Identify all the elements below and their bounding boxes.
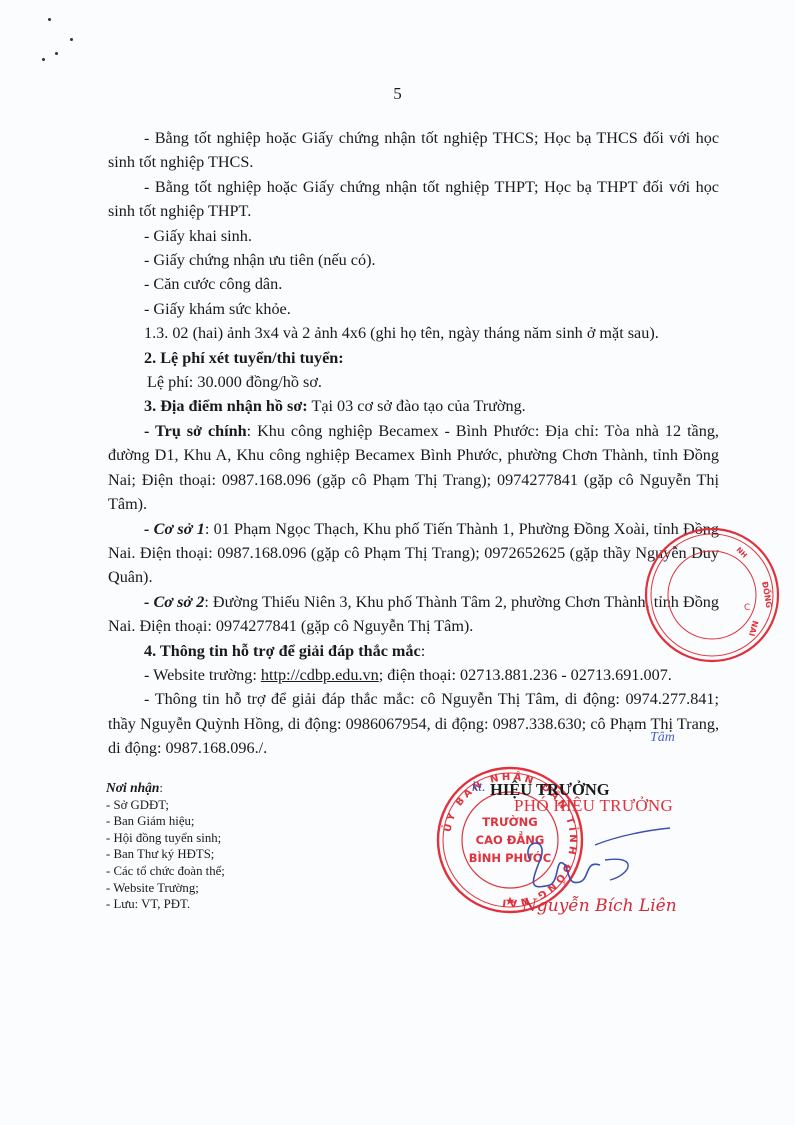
recipients-title: Nơi nhận <box>106 780 159 795</box>
signature-block: ỦY BAN NHÂN DÂN TỈNH ĐỒNG NAI TRƯỜNG CAO… <box>430 760 700 940</box>
support-heading-paragraph: 4. Thông tin hỗ trợ để giải đáp thắc mắc… <box>108 639 719 663</box>
recipient-item: - Các tổ chức đoàn thể; <box>106 863 225 880</box>
doc-item: - Bằng tốt nghiệp hoặc Giấy chứng nhận t… <box>108 175 719 224</box>
on-behalf-mark: kt. <box>472 780 486 796</box>
recipient-item: - Hội đồng tuyển sinh; <box>106 830 225 847</box>
recipient-item: - Website Trường; <box>106 880 225 897</box>
doc-item: - Giấy khám sức khỏe. <box>108 297 719 321</box>
signer-name: Nguyễn Bích Liên <box>522 896 677 916</box>
location-paragraph: 3. Địa điểm nhận hồ sơ: Tại 03 cơ sở đào… <box>108 394 719 418</box>
margin-stamp-icon: ĐỒNG NAI NH C <box>640 520 795 670</box>
location-heading: 3. Địa điểm nhận hồ sơ: <box>144 397 308 415</box>
campus1-paragraph: - Cơ sở 1: 01 Phạm Ngọc Thạch, Khu phố T… <box>108 517 719 590</box>
recipients-block: Nơi nhận: - Sở GDĐT; - Ban Giám hiệu; - … <box>106 780 225 913</box>
document-body: - Bằng tốt nghiệp hoặc Giấy chứng nhận t… <box>108 126 719 761</box>
recipient-item: - Lưu: VT, PĐT. <box>106 896 225 913</box>
doc-item: - Bằng tốt nghiệp hoặc Giấy chứng nhận t… <box>108 126 719 175</box>
photos-requirement: 1.3. 02 (hai) ảnh 3x4 và 2 ảnh 4x6 (ghi … <box>108 321 719 345</box>
svg-text:NH: NH <box>735 546 749 560</box>
recipient-item: - Ban Thư ký HĐTS; <box>106 846 225 863</box>
main-campus-paragraph: - Trụ sở chính: Khu công nghiệp Becamex … <box>108 419 719 517</box>
fee-heading: 2. Lệ phí xét tuyển/thi tuyển: <box>108 346 719 370</box>
recipients-title-suffix: : <box>159 781 163 795</box>
website-suffix: ; điện thoại: 02713.881.236 - 02713.691.… <box>379 666 672 684</box>
handwritten-signature-icon <box>510 820 680 900</box>
support-contacts: - Thông tin hỗ trợ để giải đáp thắc mắc:… <box>108 687 719 760</box>
website-prefix: - Website trường: <box>144 666 261 684</box>
signer-subtitle: PHÓ HIỆU TRƯỞNG <box>514 796 673 816</box>
campus1-label: - Cơ sở 1 <box>144 520 205 538</box>
document-page: 5 - Bằng tốt nghiệp hoặc Giấy chứng nhận… <box>0 0 795 1125</box>
website-link[interactable]: http://cdbp.edu.vn <box>261 666 379 684</box>
support-heading-suffix: : <box>421 642 426 660</box>
doc-item: - Giấy khai sinh. <box>108 224 719 248</box>
main-campus-label: - Trụ sở chính <box>144 422 247 440</box>
svg-text:C: C <box>744 603 750 613</box>
recipient-item: - Sở GDĐT; <box>106 797 225 814</box>
doc-item: - Giấy chứng nhận ưu tiên (nếu có). <box>108 248 719 272</box>
recipients-title-line: Nơi nhận: <box>106 780 225 797</box>
recipient-item: - Ban Giám hiệu; <box>106 813 225 830</box>
fee-text: Lệ phí: 30.000 đồng/hồ sơ. <box>108 370 719 394</box>
doc-item: - Căn cước công dân. <box>108 272 719 296</box>
location-text: Tại 03 cơ sở đào tạo của Trường. <box>308 397 526 415</box>
page-number: 5 <box>0 84 795 104</box>
initials-signature: Tâm <box>650 730 675 746</box>
support-heading: 4. Thông tin hỗ trợ để giải đáp thắc mắc <box>144 642 421 660</box>
website-paragraph: - Website trường: http://cdbp.edu.vn; đi… <box>108 663 719 687</box>
campus2-label: - Cơ sở 2 <box>144 593 204 611</box>
svg-text:ĐỒNG: ĐỒNG <box>760 580 776 608</box>
campus2-paragraph: - Cơ sở 2: Đường Thiếu Niên 3, Khu phố T… <box>108 590 719 639</box>
